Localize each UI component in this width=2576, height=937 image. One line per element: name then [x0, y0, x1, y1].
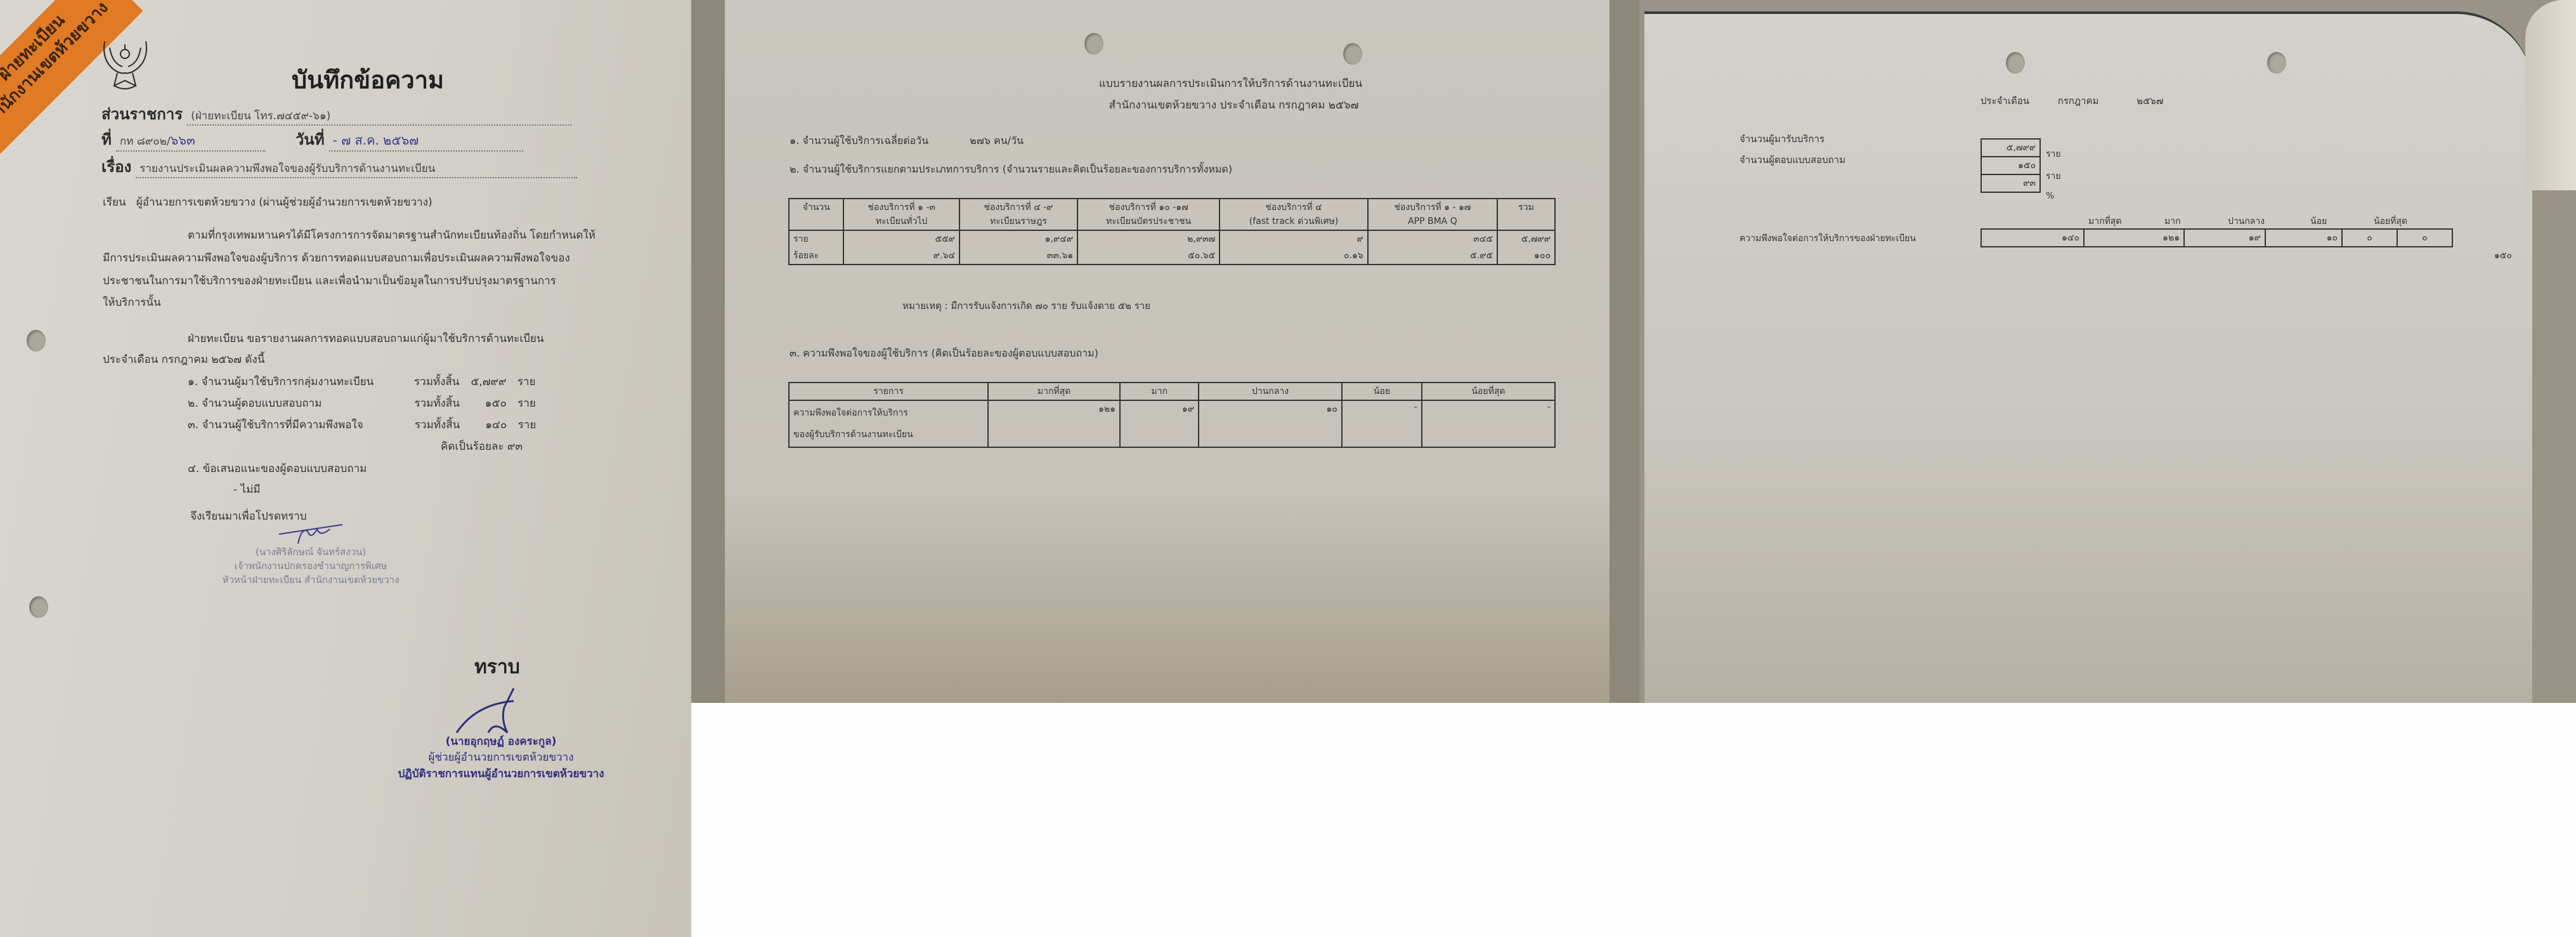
item-total-label: รวมทั้งสิ้น	[414, 395, 465, 412]
summary-page-photo: ประจำเดือน กรกฎาคม ๒๕๖๗ จำนวนผู้มารับบริ…	[1639, 0, 2576, 703]
date-value: - ๗ ส.ค. ๒๕๖๗	[329, 130, 523, 152]
punch-hole	[2267, 52, 2286, 74]
visitors-unit: ราย	[2046, 147, 2061, 161]
paragraph1-line3: ประชาชนในการมาใช้บริการของฝ่ายทะเบียน แล…	[103, 272, 556, 289]
section1-value: ๒๗๖ คน/วัน	[970, 134, 1024, 147]
summary-item-3: ๓. จำนวนผู้ใช้บริการที่มีความพึงพอใจ รวม…	[188, 416, 536, 433]
satisfaction-cell: -	[1342, 400, 1422, 447]
reference-field: ที่ กท ๘๙๐๒/๖๖๓ วันที่ - ๗ ส.ค. ๒๕๖๗	[101, 127, 523, 152]
satisfaction-header: น้อยที่สุด	[1422, 383, 1555, 400]
scale-header: น้อยที่สุด	[2374, 214, 2407, 228]
salutation: เรียน ผู้อำนวยการเขตห้วยขวาง (ผ่านผู้ช่ว…	[103, 193, 433, 211]
summary-item-4: ๔. ข้อเสนอแนะของผู้ตอบแบบสอบถาม	[188, 460, 367, 477]
satisfaction-header: ปานกลาง	[1199, 383, 1342, 400]
percent-note: คิดเป็นร้อยละ ๙๓	[441, 438, 523, 455]
header-line: รวม	[1502, 200, 1551, 214]
paragraph2-line1: ฝ่ายทะเบียน ขอรายงานผลการทอดแบบสอบถามแก่…	[188, 330, 544, 347]
satisfaction-cell: ๑๐	[1199, 400, 1342, 447]
row-label-line: ของผู้รับบริการด้านงานทะเบียน	[793, 424, 984, 445]
paragraph1-line4: ให้บริการนั้น	[103, 294, 161, 311]
item-value: ๕,๗๙๙	[468, 373, 506, 390]
service-table-header: ช่องบริการที่ ๑ - ๑๗APP BMA Q	[1368, 199, 1497, 230]
punch-hole	[1343, 43, 1362, 65]
satisfaction-table: รายการมากที่สุดมากปานกลางน้อยน้อยที่สุด …	[788, 382, 1556, 448]
table-cell: ๕๕๙	[843, 230, 959, 247]
satisfaction-cell: ๑๙	[1120, 400, 1199, 447]
satisfaction-cell: ๑๒๑	[988, 400, 1120, 447]
scale-header: น้อย	[2310, 214, 2327, 228]
item-unit: ราย	[517, 397, 536, 410]
section3-label: ๓. ความพึงพอใจของผู้ใช้บริการ (คิดเป็นร้…	[790, 346, 1098, 362]
respondents-value: ๑๕๐	[1981, 157, 2040, 174]
signer2-position2: ปฏิบัติราชการแทนผู้อำนวยการเขตห้วยขวาง	[381, 765, 621, 782]
service-table-header: รวม	[1497, 199, 1555, 230]
satisfaction-value-cell: ๑๐	[2265, 229, 2342, 247]
scale-header: ปานกลาง	[2228, 214, 2265, 228]
table-cell: ๕.๙๕	[1368, 247, 1497, 265]
table-cell: ๒,๙๓๗	[1077, 230, 1220, 247]
date-label: วันที่	[296, 131, 325, 148]
header-line: ช่องบริการที่ ๑ -๓	[848, 200, 955, 214]
blank-area	[703, 703, 2576, 937]
satisfaction-header: มากที่สุด	[988, 383, 1120, 400]
agency-value: (ฝ่ายทะเบียน โทร.๗๔๕๙-๖๑)	[187, 107, 571, 126]
table-cell: ๓๓.๖๑	[959, 247, 1077, 265]
salutation-label: เรียน	[103, 196, 126, 209]
service-table-header: ช่องบริการที่ ๔(fast track ด่วนพิเศษ)	[1220, 199, 1368, 230]
percent-value: ๙๓	[1981, 174, 2040, 192]
item-label: จำนวนผู้ตอบแบบสอบถาม	[202, 395, 411, 412]
table-cell: ๕,๗๙๙	[1497, 230, 1555, 247]
header-line: ช่องบริการที่ ๑ - ๑๗	[1372, 200, 1493, 214]
item-total-label: รวมทั้งสิ้น	[415, 416, 465, 433]
header-line: ทะเบียนทั่วไป	[848, 214, 955, 228]
header-line: (fast track ด่วนพิเศษ)	[1224, 214, 1363, 228]
scale-header: มาก	[2164, 214, 2181, 228]
respondents-total: ๑๕๐	[2494, 249, 2512, 263]
header-line: ทะเบียนราษฎร	[964, 214, 1073, 228]
item-total-label: รวมทั้งสิ้น	[414, 373, 465, 390]
header-line	[1502, 214, 1551, 228]
punch-hole	[1084, 33, 1103, 55]
paragraph2-line2: ประจำเดือน กรกฎาคม ๒๕๖๗ ดังนี้	[103, 351, 264, 368]
punch-hole	[29, 596, 48, 618]
table-cell: ๑๐๐	[1497, 247, 1555, 265]
service-table-header: ช่องบริการที่ ๔ -๙ทะเบียนราษฎร	[959, 199, 1077, 230]
item-value: ๑๕๐	[469, 395, 507, 412]
row-label: ราย	[789, 230, 843, 247]
satisfaction-value-cell: ๑๒๑	[2084, 229, 2184, 247]
item-value: ๑๔๐	[469, 416, 507, 433]
table-cell: ๕๐.๖๕	[1077, 247, 1220, 265]
respondents-label: จำนวนผู้ตอบแบบสอบถาม	[1740, 152, 1845, 167]
page-curl	[2525, 0, 2576, 190]
year-value: ๒๕๖๗	[2137, 95, 2163, 107]
section1-label: ๑. จำนวนผู้ใช้บริการเฉลี่ยต่อวัน	[790, 134, 928, 147]
item-no: ๔.	[188, 462, 199, 475]
signer1-position1: เจ้าพนักงานปกครองชำนาญการพิเศษ	[190, 558, 431, 573]
table-row: ร้อยละ๙.๖๔๓๓.๖๑๕๐.๖๕๐.๑๖๕.๙๕๑๐๐	[789, 247, 1555, 265]
summary-paper: ประจำเดือน กรกฎาคม ๒๕๖๗ จำนวนผู้มารับบริ…	[1644, 11, 2532, 703]
satisfaction-header: มาก	[1120, 383, 1199, 400]
row-label-line: ความพึงพอใจต่อการให้บริการ	[793, 402, 984, 424]
service-type-table: จำนวนช่องบริการที่ ๑ -๓ทะเบียนทั่วไปช่อง…	[788, 198, 1556, 265]
satisfaction-value-cell: ๐	[2397, 229, 2452, 247]
service-table-header: จำนวน	[789, 199, 843, 230]
percent-unit: %	[2046, 191, 2054, 201]
respondents-unit: ราย	[2046, 169, 2061, 183]
memo-paper: ฝ่ายทะเบียน สำนักงานเขตห้วยขวาง บันทึกข้…	[0, 0, 690, 937]
section1: ๑. จำนวนผู้ใช้บริการเฉลี่ยต่อวัน ๒๗๖ คน/…	[790, 133, 1024, 149]
salutation-value: ผู้อำนวยการเขตห้วยขวาง (ผ่านผู้ช่วยผู้อำ…	[136, 196, 433, 209]
satisfaction-value-cell: ๑๔๐	[1981, 229, 2084, 247]
summary-item-2: ๒. จำนวนผู้ตอบแบบสอบถาม รวมทั้งสิ้น ๑๕๐ …	[188, 395, 536, 412]
signature2-icon	[444, 682, 545, 739]
satisfaction-header: น้อย	[1342, 383, 1422, 400]
signer2-name: (นายอุกฤษฏ์ องคระกูล)	[406, 733, 596, 750]
signer2-position1: ผู้ช่วยผู้อำนวยการเขตห้วยขวาง	[393, 749, 609, 766]
header-line	[793, 214, 839, 228]
satisfaction-value-cell: ๑๙	[2184, 229, 2265, 247]
item-label: จำนวนผู้ใช้บริการที่มีความพึงพอใจ	[202, 416, 411, 433]
item-no: ๑.	[188, 376, 198, 388]
item-no: ๓.	[188, 419, 198, 431]
table-cell: ๙	[1220, 230, 1368, 247]
report-subtitle: สำนักงานเขตห้วยขวาง ประจำเดือน กรกฎาคม ๒…	[791, 96, 1639, 114]
totals-table: ๕,๗๙๙ ๑๕๐ ๙๓	[1981, 138, 2041, 193]
satisfaction-breakdown-table: ๑๔๐๑๒๑๑๙๑๐๐๐	[1981, 228, 2453, 247]
item-no: ๒.	[188, 397, 198, 410]
memo-page-photo: ฝ่ายทะเบียน สำนักงานเขตห้วยขวาง บันทึกข้…	[0, 0, 691, 937]
summary-item-1: ๑. จำนวนผู้มาใช้บริการกลุ่มงานทะเบียน รว…	[188, 373, 535, 390]
punch-hole	[27, 330, 46, 351]
punch-hole	[2006, 52, 2025, 74]
report-page-photo: แบบรายงานผลการประเมินการให้บริการด้านงาน…	[691, 0, 1639, 703]
item-unit: ราย	[518, 419, 537, 431]
header-line: ทะเบียนบัตรประชาชน	[1082, 214, 1215, 228]
header-line: ช่องบริการที่ ๔ -๙	[964, 200, 1073, 214]
visitors-label: จำนวนผู้มารับบริการ	[1740, 131, 1825, 147]
garuda-emblem-icon	[98, 35, 152, 92]
header-line: จำนวน	[793, 200, 839, 214]
table-cell: ๐.๑๖	[1220, 247, 1368, 265]
satisfaction-label: ความพึงพอใจต่อการให้บริการของฝ่ายทะเบียน	[1740, 232, 1916, 246]
item-label: จำนวนผู้มาใช้บริการกลุ่มงานทะเบียน	[202, 373, 411, 390]
acknowledge-text: ทราบ	[474, 652, 520, 682]
table-row: ราย๕๕๙๑,๙๔๙๒,๙๓๗๙๓๔๕๕,๗๙๙	[789, 230, 1555, 247]
table-cell: ๙.๖๔	[843, 247, 959, 265]
suggestion-value: - ไม่มี	[233, 481, 261, 498]
table-cell: ๓๔๕	[1368, 230, 1497, 247]
service-table-header: ช่องบริการที่ ๑ -๓ทะเบียนทั่วไป	[843, 199, 959, 230]
satisfaction-header: รายการ	[789, 383, 988, 400]
visitors-value: ๕,๗๙๙	[1981, 139, 2040, 157]
agency-label: ส่วนราชการ	[101, 105, 183, 123]
paragraph1-line1: ตามที่กรุงเทพมหานครได้มีโครงการการจัดมาต…	[188, 226, 595, 244]
reference-value: กท ๘๙๐๒/	[120, 135, 171, 148]
month-label: ประจำเดือน	[1981, 95, 2029, 107]
paragraph1-line2: มีการประเมินผลความพึงพอใจของผู้บริการ ด้…	[103, 249, 570, 266]
satisfaction-value-cell: ๐	[2342, 229, 2397, 247]
header-line: APP BMA Q	[1372, 214, 1493, 228]
reference-handwritten: ๖๖๓	[171, 133, 195, 148]
subject-value: รายงานประเมินผลความพึงพอใจของผู้รับบริกา…	[136, 160, 577, 178]
signer1-position2: หัวหน้าฝ่ายทะเบียน สำนักงานเขตห้วยขวาง	[190, 572, 431, 587]
signer1-name: (นางศิริลักษณ์ จันทร์สงวน)	[216, 544, 406, 560]
subject-label: เรื่อง	[101, 158, 131, 176]
table-cell: ๑,๙๔๙	[959, 230, 1077, 247]
header-line: ช่องบริการที่ ๔	[1224, 200, 1363, 214]
birth-death-note: หมายเหตุ : มีการรับแจ้งการเกิด ๗๐ ราย รั…	[902, 298, 1150, 313]
report-paper: แบบรายงานผลการประเมินการให้บริการด้านงาน…	[725, 0, 1610, 703]
reference-value-line: กท ๘๙๐๒/๖๖๓	[116, 130, 266, 152]
item-unit: ราย	[517, 376, 536, 388]
header-line: ช่องบริการที่ ๑๐ -๑๗	[1082, 200, 1215, 214]
service-table-header: ช่องบริการที่ ๑๐ -๑๗ทะเบียนบัตรประชาชน	[1077, 199, 1220, 230]
satisfaction-cell: -	[1422, 400, 1555, 447]
memo-title: บันทึกข้อความ	[292, 60, 444, 99]
row-label: ร้อยละ	[789, 247, 843, 265]
subject-field: เรื่อง รายงานประเมินผลความพึงพอใจของผู้ร…	[101, 154, 577, 179]
section2-label: ๒. จำนวนผู้ใช้บริการแยกตามประเภทการบริกา…	[790, 162, 1232, 178]
reference-label: ที่	[101, 131, 112, 148]
scale-header: มากที่สุด	[2088, 214, 2121, 228]
month-value: กรกฎาคม	[2058, 95, 2099, 107]
agency-field: ส่วนราชการ (ฝ่ายทะเบียน โทร.๗๔๕๙-๖๑)	[101, 102, 571, 126]
month-line: ประจำเดือน กรกฎาคม ๒๕๖๗	[1981, 93, 2163, 108]
item-label: ข้อเสนอแนะของผู้ตอบแบบสอบถาม	[203, 462, 367, 475]
report-title: แบบรายงานผลการประเมินการให้บริการด้านงาน…	[788, 75, 1639, 92]
satisfaction-row-label: ความพึงพอใจต่อการให้บริการของผู้รับบริกา…	[789, 400, 988, 447]
signature1-icon	[273, 521, 349, 547]
